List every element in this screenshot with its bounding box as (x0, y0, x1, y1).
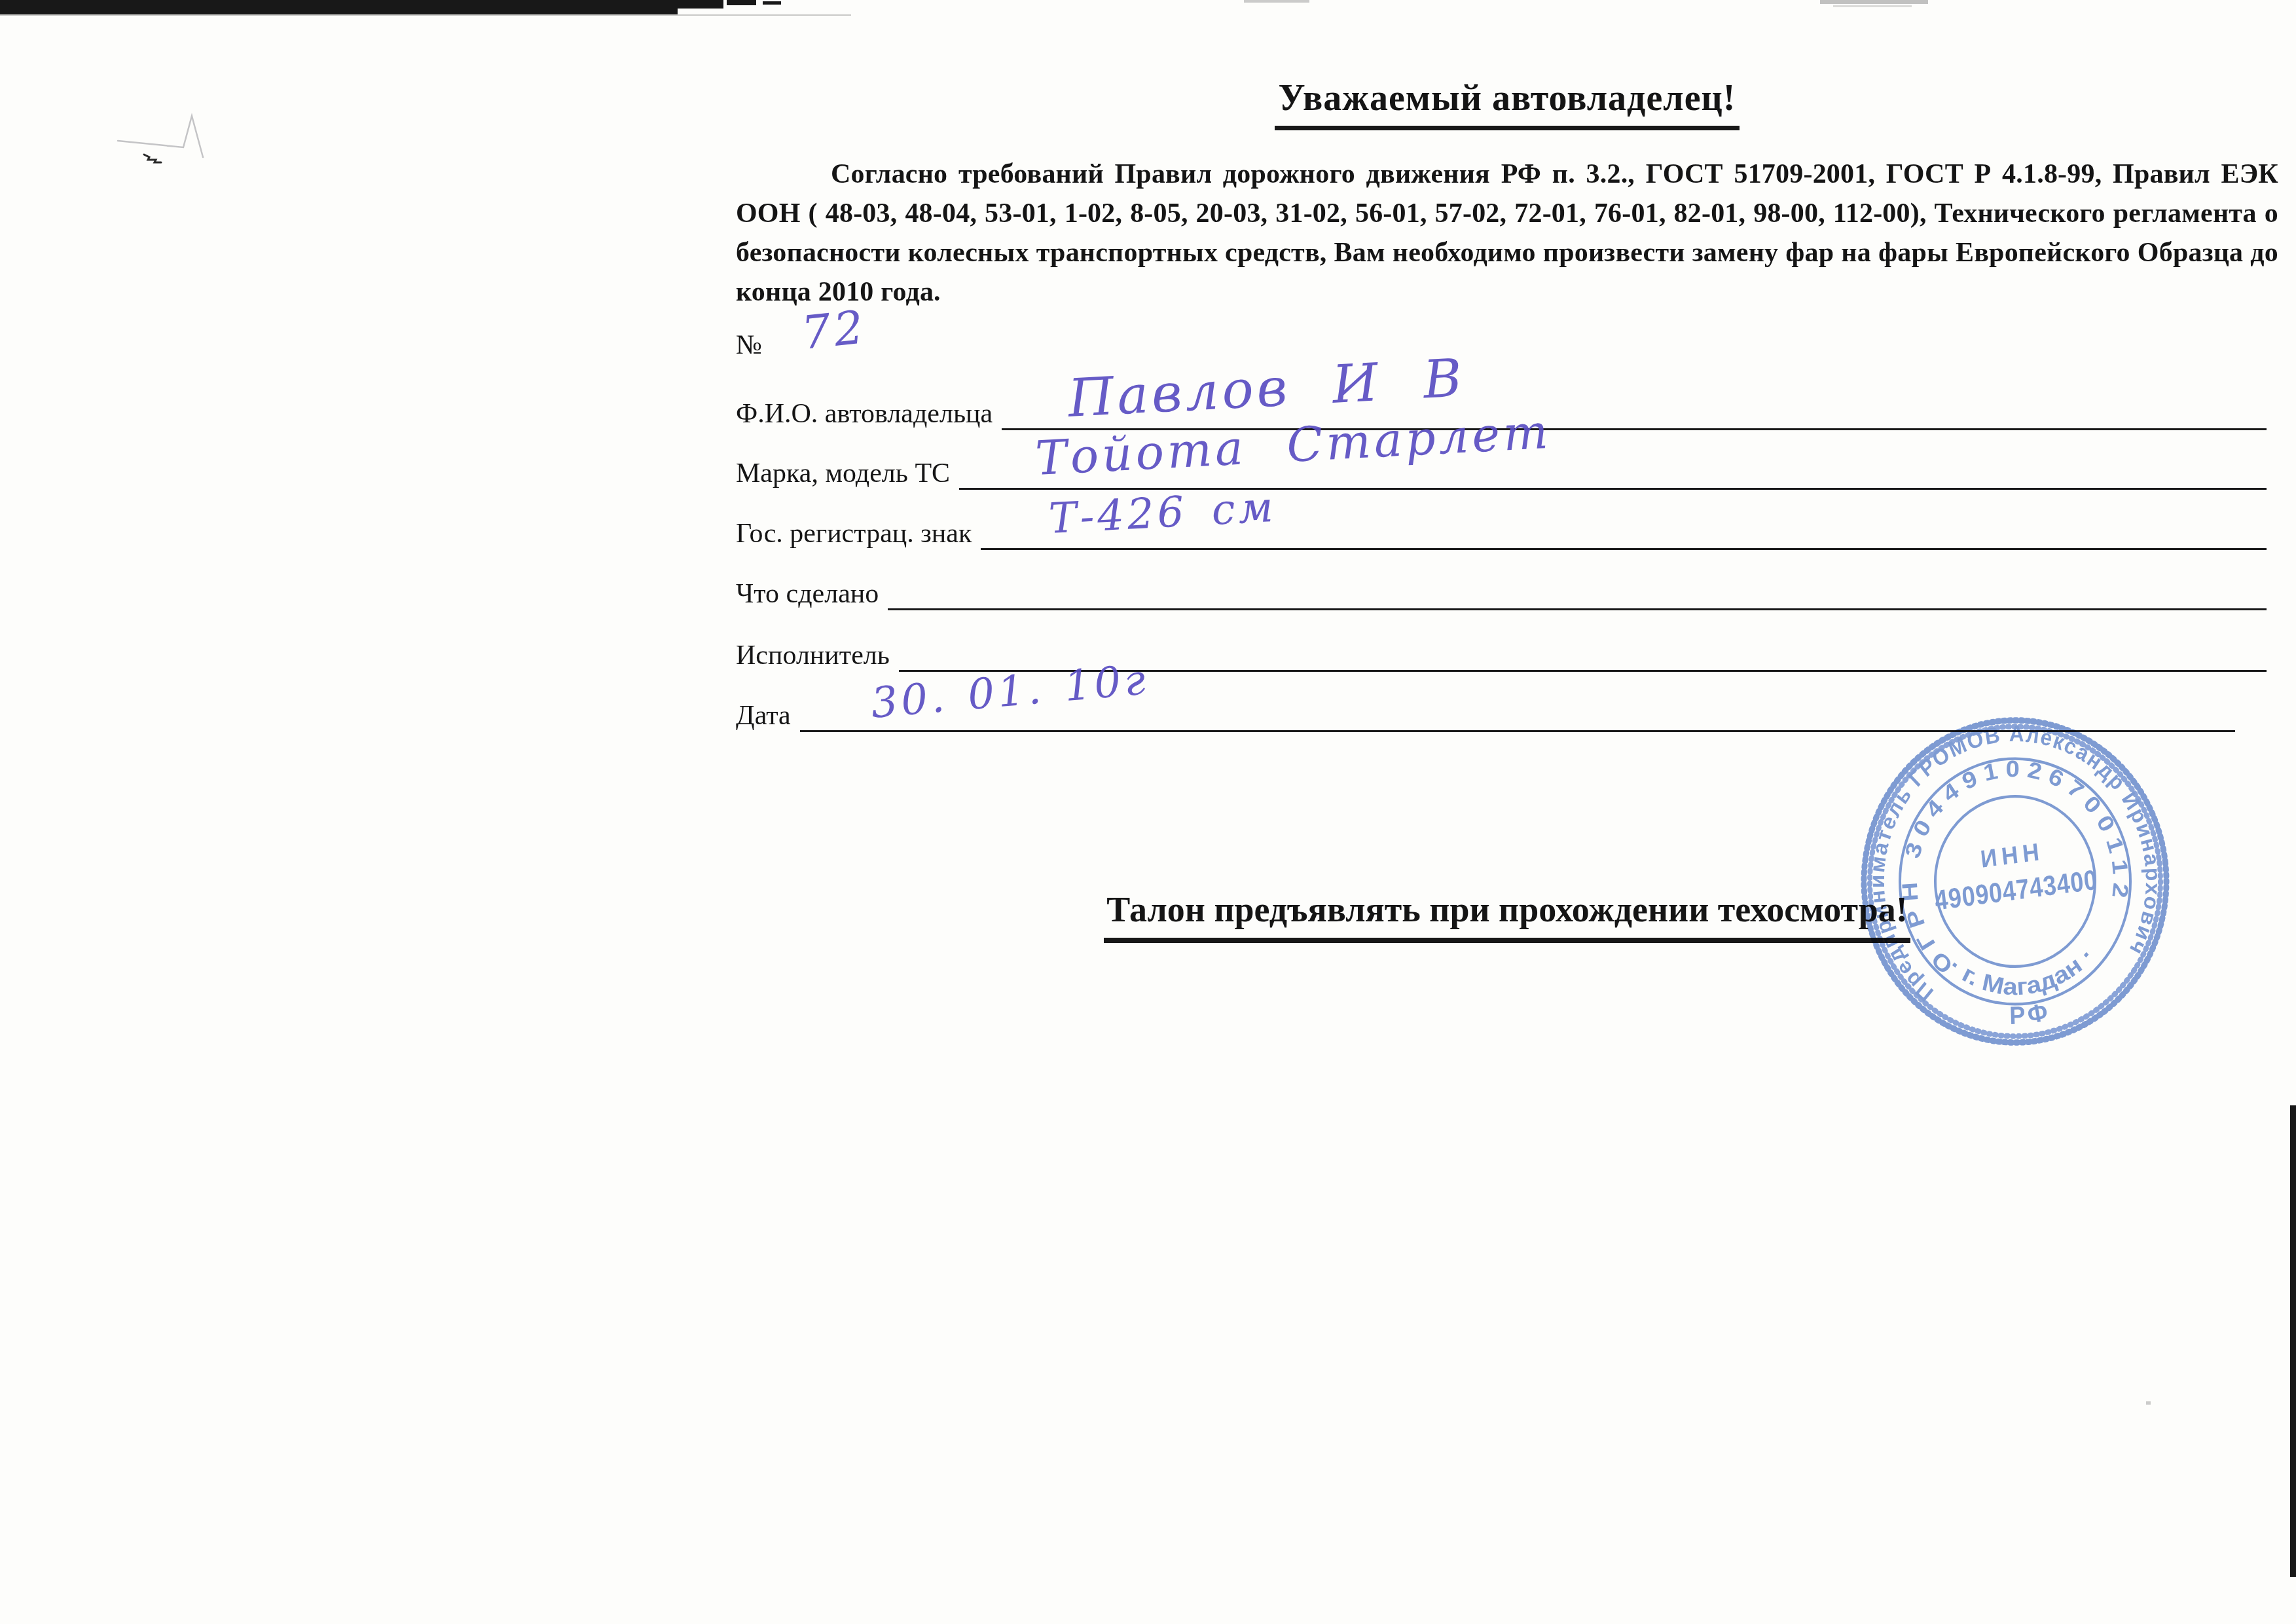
form-row-number: № 72 (736, 326, 2267, 361)
field-label-date: Дата (736, 702, 791, 732)
field-label-work-done: Что сделано (736, 580, 879, 610)
svg-text:· г. Магадан ·: · г. Магадан · (1942, 934, 2102, 1010)
form-row-executor: Исполнитель (736, 637, 2267, 672)
stamp-inn-number: 490904743400 (1933, 864, 2100, 916)
scan-artifact-right-bar (2290, 1105, 2296, 1577)
page-title: Уважаемый автовладелец! (736, 77, 2278, 130)
pencil-squiggle (98, 92, 268, 196)
form-row-reg-plate: Гос. регистрац. знак Т-426 см (736, 515, 2267, 550)
scan-artifact-speck (2146, 1401, 2151, 1405)
footer-notice-text: Талон предъявлять при прохождении техосм… (1104, 889, 1910, 943)
scan-artifact-top-dashes (1244, 0, 1309, 3)
page-title-text: Уважаемый автовладелец! (1275, 77, 1740, 130)
field-label-reg-plate: Гос. регистрац. знак (736, 520, 972, 550)
body-paragraph: Согласно требований Правил дорожного дви… (736, 155, 2278, 312)
scanned-document-page: Уважаемый автовладелец! Согласно требова… (0, 0, 2296, 1624)
field-line-work-done (888, 575, 2267, 610)
field-label-owner-name: Ф.И.О. автовладельца (736, 400, 993, 430)
field-value-number-handwritten: 72 (799, 300, 869, 360)
field-label-number: № (736, 331, 762, 361)
field-label-executor: Исполнитель (736, 642, 890, 672)
entrepreneur-stamp: Предприниматель ГРОМОВ Александр Иринарх… (1832, 685, 2198, 1078)
stamp-country-text: РФ (2007, 996, 2054, 1032)
form-row-vehicle-model: Марка, модель ТС Тойота Старлет (736, 454, 2267, 490)
stamp-inn-label: ИНН (1979, 837, 2045, 873)
field-label-vehicle-model: Марка, модель ТС (736, 460, 950, 490)
scan-artifact-top-bar-tail (678, 0, 723, 9)
scan-artifact-top-bar (0, 0, 678, 14)
scan-artifact-top-speck (763, 1, 781, 5)
scan-artifact-top-speck (727, 0, 756, 5)
scan-artifact-top-dashes (1820, 0, 1928, 4)
stamp-city-text: · г. Магадан · (1942, 934, 2102, 1010)
scan-artifact-shadow-line (0, 14, 851, 16)
svg-text:РФ: РФ (2007, 996, 2054, 1032)
scan-artifact-top-dashes (1833, 5, 1912, 7)
form-row-work-done: Что сделано (736, 575, 2267, 610)
